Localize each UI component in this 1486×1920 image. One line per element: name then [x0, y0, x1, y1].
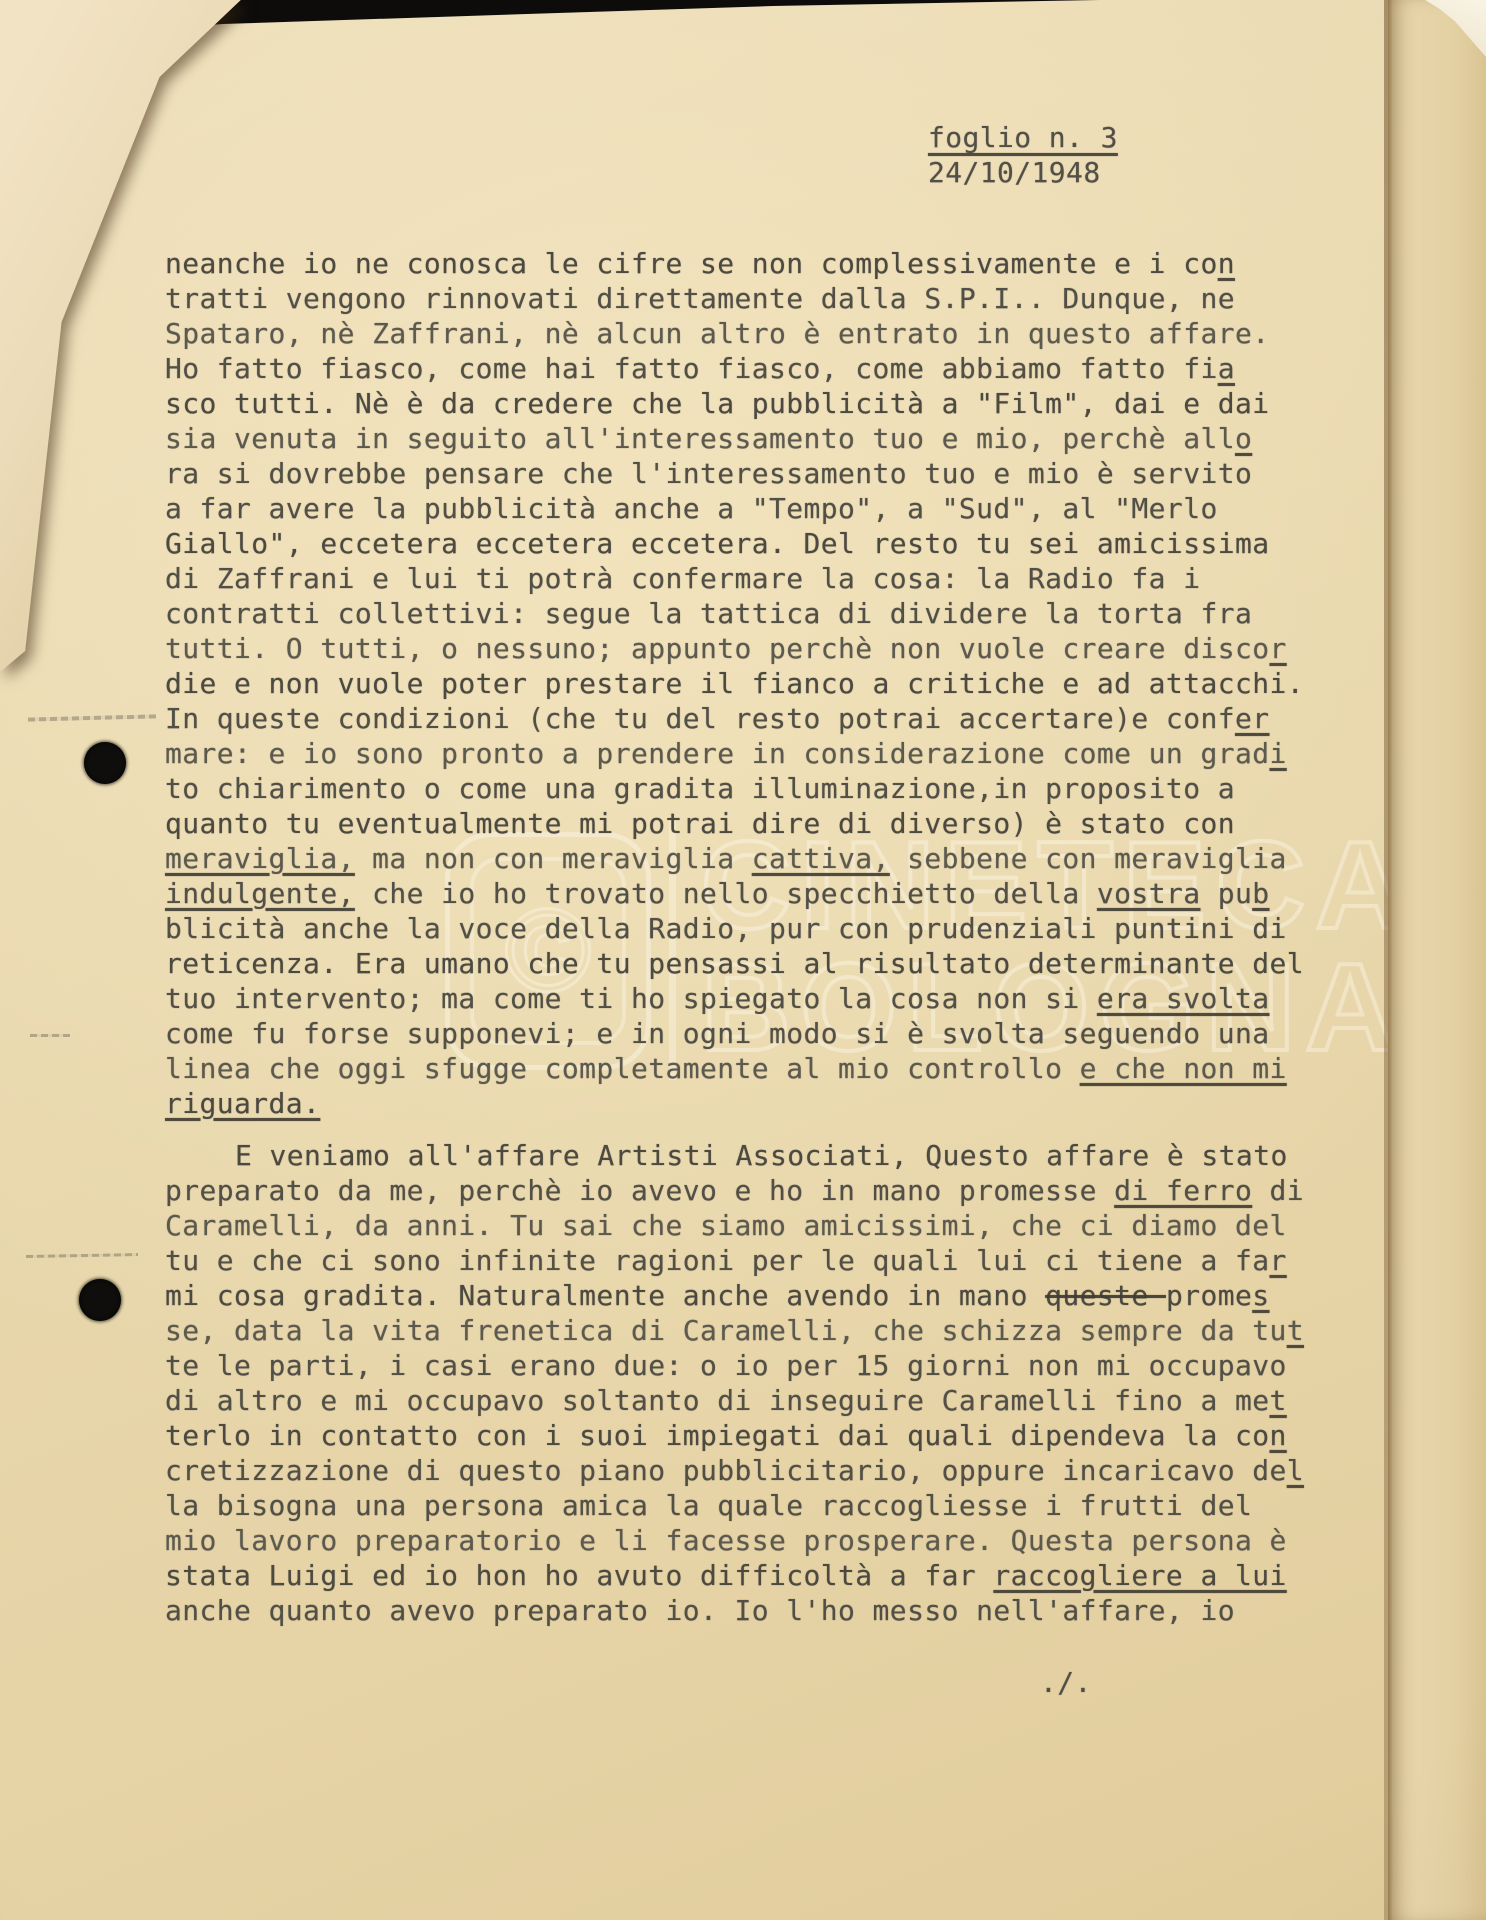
text-segment: a far avere la pubblicità anche a "Tempo…	[165, 492, 1218, 525]
text-segment: raccogliere a lui	[993, 1559, 1286, 1592]
text-segment: mare: e io sono pronto a prendere in con…	[165, 737, 1269, 770]
text-segment: E veniamo all'affare Artisti Associati, …	[235, 1139, 1288, 1172]
text-line: stata Luigi ed io hon ho avuto difficolt…	[165, 1558, 1365, 1593]
text-segment: sia venuta in seguito all'interessamento…	[165, 422, 1235, 455]
text-line: come fu forse supponevi; e in ogni modo …	[165, 1016, 1365, 1051]
text-line: tu e che ci sono infinite ragioni per le…	[165, 1243, 1365, 1278]
text-line: mi cosa gradita. Naturalmente anche aven…	[165, 1278, 1365, 1313]
text-segment: n	[1218, 247, 1235, 280]
text-segment: che io ho trovato nello specchietto dell…	[355, 877, 1097, 910]
text-segment: di altro e mi occupavo soltanto di inseg…	[165, 1384, 1269, 1417]
text-segment: Giallo", eccetera eccetera eccetera. Del…	[165, 527, 1269, 560]
text-segment: r	[1269, 632, 1286, 665]
text-segment: preparato da me, perchè io avevo e ho in…	[165, 1174, 1114, 1207]
text-segment: ma non con meraviglia	[355, 842, 752, 875]
continuation-mark: ./.	[1040, 1666, 1092, 1699]
text-segment: a	[1218, 352, 1235, 385]
text-segment: riguarda.	[165, 1087, 320, 1120]
text-segment: t	[1269, 1384, 1286, 1417]
text-segment: meraviglia,	[165, 842, 355, 875]
text-segment: tuo intervento; ma come ti ho spiegato l…	[165, 982, 1097, 1015]
text-line: te le parti, i casi erano due: o io per …	[165, 1348, 1365, 1383]
text-segment: reticenza. Era umano che tu pensassi al …	[165, 947, 1304, 980]
text-segment: l	[1287, 1454, 1304, 1487]
text-segment: quanto tu eventualmente mi potrai dire d…	[165, 807, 1235, 840]
pencil-mark	[26, 1253, 138, 1258]
text-line: di altro e mi occupavo soltanto di inseg…	[165, 1383, 1365, 1418]
text-segment: sebbene con meraviglia	[890, 842, 1287, 875]
text-line: indulgente, che io ho trovato nello spec…	[165, 876, 1365, 911]
text-line: In queste condizioni (che tu del resto p…	[165, 701, 1365, 736]
text-segment: i	[1269, 737, 1286, 770]
text-line: E veniamo all'affare Artisti Associati, …	[165, 1138, 1365, 1173]
text-segment: cretizzazione di questo piano pubblicita…	[165, 1454, 1287, 1487]
page-header: foglio n. 3 24/10/1948	[928, 120, 1118, 190]
text-segment: stata Luigi ed io hon ho avuto difficolt…	[165, 1559, 993, 1592]
text-segment: indulgente,	[165, 877, 355, 910]
text-line: di Zaffrani e lui ti potrà confermare la…	[165, 561, 1365, 596]
text-segment: prome	[1166, 1279, 1252, 1312]
text-line: preparato da me, perchè io avevo e ho in…	[165, 1173, 1365, 1208]
text-line: die e non vuole poter prestare il fianco…	[165, 666, 1365, 701]
text-segment: era svolta	[1097, 982, 1270, 1015]
curled-corner-sheet	[0, 0, 280, 700]
text-segment: to chiarimento o come una gradita illumi…	[165, 772, 1235, 805]
text-line: Giallo", eccetera eccetera eccetera. Del…	[165, 526, 1365, 561]
text-segment: te le parti, i casi erano due: o io per …	[165, 1349, 1287, 1382]
text-line: riguarda.	[165, 1086, 1365, 1121]
text-line: Spataro, nè Zaffrani, nè alcun altro è e…	[165, 316, 1365, 351]
text-segment: cattiva,	[752, 842, 890, 875]
text-segment: la bisogna una persona amica la quale ra…	[165, 1489, 1252, 1522]
text-segment: tutti. O tutti, o nessuno; appunto perch…	[165, 632, 1269, 665]
hole-punch-icon	[79, 1279, 121, 1321]
text-segment: er	[1235, 702, 1270, 735]
text-line: sia venuta in seguito all'interessamento…	[165, 421, 1365, 456]
text-segment: In queste condizioni (che tu del resto p…	[165, 702, 1235, 735]
pencil-mark	[28, 714, 156, 721]
text-segment: b	[1252, 877, 1269, 910]
text-line: cretizzazione di questo piano pubblicita…	[165, 1453, 1365, 1488]
sheet-behind	[1388, 0, 1486, 1920]
text-segment: linea che oggi sfugge completamente al m…	[165, 1052, 1080, 1085]
text-line: a far avere la pubblicità anche a "Tempo…	[165, 491, 1365, 526]
text-segment: Spataro, nè Zaffrani, nè alcun altro è e…	[165, 317, 1269, 350]
text-line: anche quanto avevo preparato io. Io l'ho…	[165, 1593, 1365, 1628]
document-scan: © CINETECA BOLOGNA foglio n. 3 24/10/194…	[0, 0, 1486, 1920]
text-line: Caramelli, da anni. Tu sai che siamo ami…	[165, 1208, 1365, 1243]
text-line: contratti collettivi: segue la tattica d…	[165, 596, 1365, 631]
text-segment: e che non mi	[1080, 1052, 1287, 1085]
text-segment: s	[1252, 1279, 1269, 1312]
text-line: sco tutti. Nè è da credere che la pubbli…	[165, 386, 1365, 421]
text-segment: anche quanto avevo preparato io. Io l'ho…	[165, 1594, 1235, 1627]
text-segment: contratti collettivi: segue la tattica d…	[165, 597, 1252, 630]
text-line: tutti. O tutti, o nessuno; appunto perch…	[165, 631, 1365, 666]
text-line: meraviglia, ma non con meraviglia cattiv…	[165, 841, 1365, 876]
text-segment: di	[1252, 1174, 1304, 1207]
document-body: neanche io ne conosca le cifre se non co…	[165, 246, 1365, 1645]
text-line: tratti vengono rinnovati direttamente da…	[165, 281, 1365, 316]
text-line: Ho fatto fiasco, come hai fatto fiasco, …	[165, 351, 1365, 386]
text-segment: terlo in contatto con i suoi impiegati d…	[165, 1419, 1269, 1452]
hole-punch-icon	[84, 742, 126, 784]
text-segment: ra si dovrebbe pensare che l'interessame…	[165, 457, 1252, 490]
curled-corner-face	[0, 0, 280, 700]
text-line: se, data la vita frenetica di Caramelli,…	[165, 1313, 1365, 1348]
paragraph: E veniamo all'affare Artisti Associati, …	[165, 1138, 1365, 1628]
text-line: reticenza. Era umano che tu pensassi al …	[165, 946, 1365, 981]
text-segment: blicità anche la voce della Radio, pur c…	[165, 912, 1287, 945]
text-segment: die e non vuole poter prestare il fianco…	[165, 667, 1304, 700]
text-segment: di Zaffrani e lui ti potrà confermare la…	[165, 562, 1200, 595]
text-segment: sco tutti. Nè è da credere che la pubbli…	[165, 387, 1269, 420]
pencil-mark	[30, 1034, 70, 1037]
text-line: neanche io ne conosca le cifre se non co…	[165, 246, 1365, 281]
text-line: quanto tu eventualmente mi potrai dire d…	[165, 806, 1365, 841]
text-segment: tratti vengono rinnovati direttamente da…	[165, 282, 1235, 315]
text-line: tuo intervento; ma come ti ho spiegato l…	[165, 981, 1365, 1016]
date: 24/10/1948	[928, 155, 1118, 190]
paragraph: neanche io ne conosca le cifre se non co…	[165, 246, 1365, 1121]
text-segment: tu e che ci sono infinite ragioni per le…	[165, 1244, 1269, 1277]
text-segment: mi cosa gradita. Naturalmente anche aven…	[165, 1279, 1045, 1312]
text-line: terlo in contatto con i suoi impiegati d…	[165, 1418, 1365, 1453]
text-segment: neanche io ne conosca le cifre se non co…	[165, 247, 1218, 280]
text-line: ra si dovrebbe pensare che l'interessame…	[165, 456, 1365, 491]
text-segment: vostra	[1097, 877, 1201, 910]
text-line: la bisogna una persona amica la quale ra…	[165, 1488, 1365, 1523]
sheet-number: foglio n. 3	[928, 120, 1118, 155]
text-segment: o	[1235, 422, 1252, 455]
text-line: mare: e io sono pronto a prendere in con…	[165, 736, 1365, 771]
text-segment: t	[1287, 1314, 1304, 1347]
text-segment: come fu forse supponevi; e in ogni modo …	[165, 1017, 1269, 1050]
text-segment: se, data la vita frenetica di Caramelli,…	[165, 1314, 1287, 1347]
text-segment: queste	[1045, 1279, 1166, 1312]
text-segment: r	[1269, 1244, 1286, 1277]
text-line: blicità anche la voce della Radio, pur c…	[165, 911, 1365, 946]
text-segment: n	[1269, 1419, 1286, 1452]
text-segment: mio lavoro preparatorio e li facesse pro…	[165, 1524, 1287, 1557]
text-segment: di ferro	[1114, 1174, 1252, 1207]
text-line: mio lavoro preparatorio e li facesse pro…	[165, 1523, 1365, 1558]
text-segment: Ho fatto fiasco, come hai fatto fiasco, …	[165, 352, 1218, 385]
text-line: linea che oggi sfugge completamente al m…	[165, 1051, 1365, 1086]
text-segment: pu	[1200, 877, 1252, 910]
text-line: to chiarimento o come una gradita illumi…	[165, 771, 1365, 806]
text-segment: Caramelli, da anni. Tu sai che siamo ami…	[165, 1209, 1287, 1242]
